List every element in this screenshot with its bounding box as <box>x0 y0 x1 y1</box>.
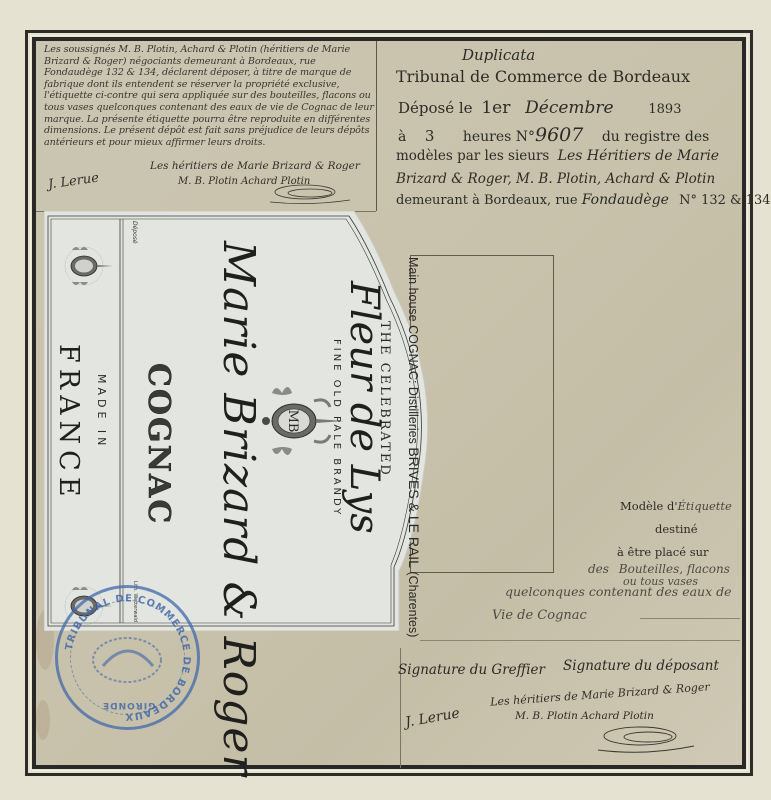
depositor-signature-label: Signature du déposant <box>563 658 719 674</box>
fill-line <box>640 618 740 619</box>
stamp-subtext: GIRONDE <box>102 700 155 710</box>
court-name: Tribunal de Commerce de Bordeaux <box>396 67 690 86</box>
product-subtitle: FINE OLD PALE BRANDY <box>331 339 342 517</box>
deposit-hour: 3 <box>425 127 435 145</box>
pencil-line1-prefix: des <box>588 562 609 576</box>
distilleries-name: BRIVES & LE RAIL <box>406 447 422 568</box>
duplicata-heading: Duplicata <box>462 46 535 64</box>
declaration-signature-1: Les héritiers de Marie Brizard & Roger <box>150 160 360 172</box>
tribunal-stamp: TRIBUNAL DE COMMERCE DE BORDEAUX GIRONDE <box>55 585 200 730</box>
cognac-label: MB THE CELEBRATED Fleur de Lys FINE OLD … <box>44 211 439 631</box>
depositors-line2: Brizard & Roger, M. B. Plotin, Achard & … <box>396 171 715 187</box>
stain <box>36 700 50 740</box>
deposit-prefix: Déposé le <box>398 99 473 117</box>
street-number: N° 132 & 134 <box>679 193 770 208</box>
at-label: à <box>398 129 406 145</box>
deposit-day: 1er <box>481 98 510 118</box>
model-line1-hand: Étiquette <box>678 499 732 513</box>
model-line1: Modèle d' <box>620 499 678 513</box>
main-house-text: Main house COGNAC: Distilleries <box>406 257 420 447</box>
model-line3: à être placé sur <box>617 545 709 559</box>
fill-line <box>420 640 740 641</box>
number-label: N° <box>516 129 535 145</box>
product-name: Fleur de Lys <box>341 281 387 534</box>
street-name: Fondaudège <box>582 192 669 208</box>
region-text: (Charentes) <box>406 568 420 637</box>
register-text: du registre des <box>602 129 710 145</box>
svg-text:MB: MB <box>285 410 300 433</box>
registry-line3: modèles par les sieurs <box>396 148 549 164</box>
hours-label: heures <box>463 129 511 145</box>
cognac-title: COGNAC <box>141 363 176 525</box>
deposit-year: 1893 <box>648 102 681 117</box>
depose-mark: Déposé <box>131 221 138 244</box>
brand-name: Marie Brizard & Roger <box>213 241 264 776</box>
made-in-label: MADE IN <box>95 374 108 449</box>
deposit-month: Décembre <box>525 98 613 118</box>
declaration-text: Les soussignés M. B. Plotin, Achard & Pl… <box>44 44 374 148</box>
pencil-line4: Vie de Cognac <box>492 608 587 623</box>
address-prefix: demeurant à Bordeaux, rue <box>396 193 578 208</box>
signature-flourish <box>260 180 360 210</box>
pencil-line3: quelconques contenant des eaux de <box>505 584 732 599</box>
registry-number: 9607 <box>535 124 583 146</box>
clerk-signature-label: Signature du Greffier <box>398 662 545 678</box>
column-divider <box>376 41 377 211</box>
model-line2: destiné <box>655 522 698 536</box>
pencil-line1: Bouteilles, flacons <box>619 562 730 576</box>
depositors-line1: Les Héritiers de Marie <box>558 148 719 164</box>
country-label: FRANCE <box>53 344 84 503</box>
depositor-signature-2: M. B. Plotin Achard Plotin <box>515 710 654 722</box>
signature-flourish <box>590 722 700 758</box>
